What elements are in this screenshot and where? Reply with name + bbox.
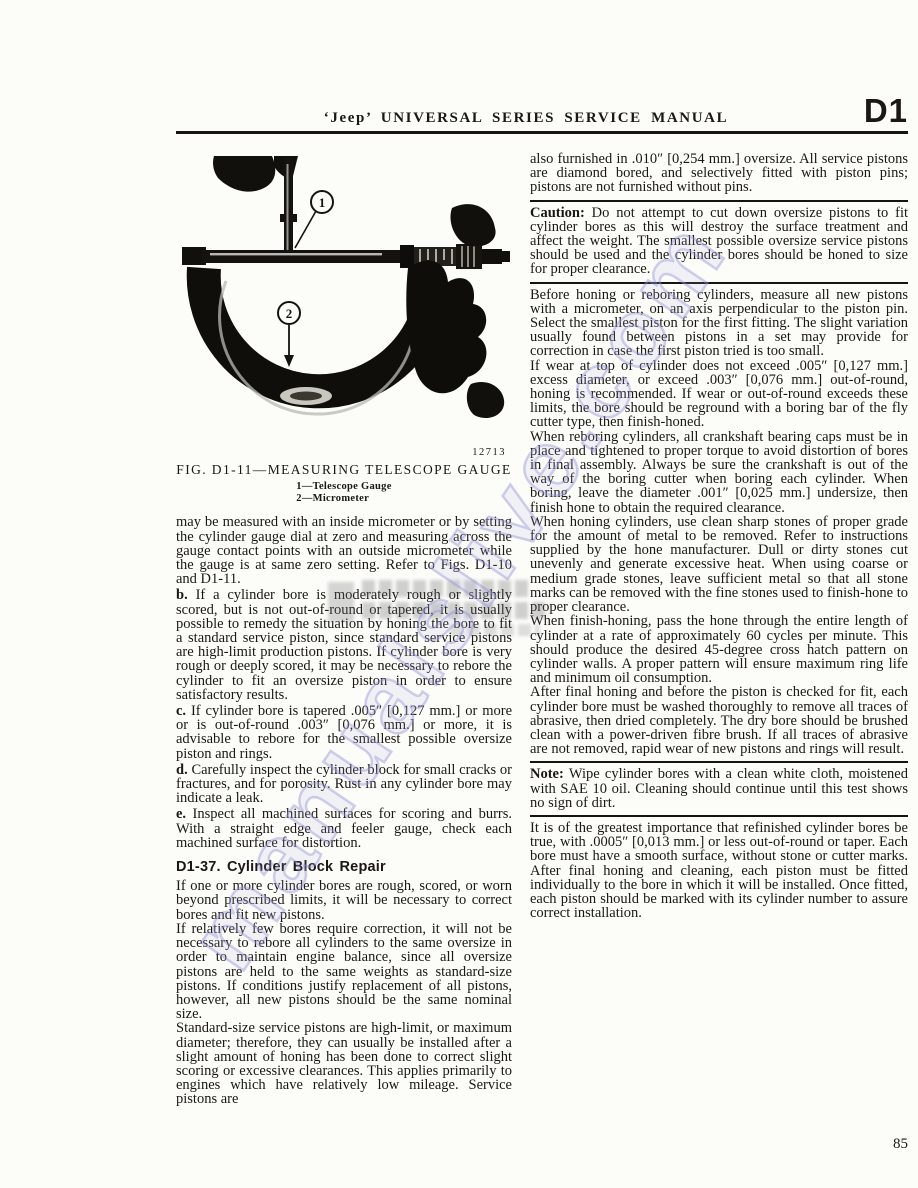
- callout-2-arrowhead: [284, 355, 294, 367]
- left-column: 1: [176, 156, 512, 1107]
- paragraph: Standard-size service pistons are high-l…: [176, 1021, 512, 1106]
- micrometer-thimble: [456, 244, 482, 269]
- micrometer-ratchet: [482, 249, 502, 264]
- paragraph: Before honing or reboring cylinders, mea…: [530, 288, 908, 359]
- paragraph: b. If a cylinder bore is moderately roug…: [176, 588, 512, 702]
- paragraph: When honing cylinders, use clean sharp s…: [530, 515, 908, 614]
- finger-blob-upper: [450, 204, 495, 246]
- figure-caption: FIG. D1-11—MEASURING TELESCOPE GAUGE: [176, 463, 512, 477]
- finger-blob-lower: [467, 382, 504, 418]
- paragraph: e. Inspect all machined surfaces for sco…: [176, 807, 512, 850]
- photo-id: 12713: [176, 446, 512, 460]
- paragraph: After final honing and before the piston…: [530, 685, 908, 756]
- divider-rule: [530, 815, 908, 817]
- micrometer-sleeve: [400, 245, 414, 268]
- divider-rule: [530, 761, 908, 763]
- divider-rule: [530, 282, 908, 284]
- paragraph: If one or more cylinder bores are rough,…: [176, 879, 512, 922]
- paragraph: may be measured with an inside micromete…: [176, 515, 512, 586]
- paragraph: If wear at top of cylinder does not exce…: [530, 359, 908, 430]
- header-rule: [176, 131, 908, 134]
- section-label: D1: [836, 92, 908, 130]
- right-column: also furnished in .010″ [0,254 mm.] over…: [530, 152, 908, 920]
- section-heading-d1-37: D1-37. Cylinder Block Repair: [176, 860, 512, 874]
- callout-2-label: 2: [286, 306, 293, 321]
- figure-legend: 1—Telescope Gauge 2—Micrometer: [176, 481, 512, 505]
- paragraph: It is of the greatest importance that re…: [530, 821, 908, 920]
- divider-rule: [530, 200, 908, 202]
- paragraph: c. If cylinder bore is tapered .005″ [0,…: [176, 704, 512, 761]
- page-number: 85: [840, 1136, 908, 1153]
- legend-item-1: 1—Telescope Gauge: [296, 481, 391, 493]
- paragraph: When reboring cylinders, all crankshaft …: [530, 430, 908, 515]
- hand-blob-top: [213, 156, 275, 192]
- page-title: ‘Jeep’ UNIVERSAL SERIES SERVICE MANUAL: [176, 110, 876, 127]
- hand-blob-right: [406, 260, 486, 393]
- paragraph: If relatively few bores require correcti…: [176, 922, 512, 1021]
- callout-1-label: 1: [319, 195, 326, 210]
- figure-d1-11: 1: [176, 156, 512, 444]
- legend-item-2: 2—Micrometer: [296, 493, 391, 505]
- micrometer-illustration: 1: [176, 156, 512, 444]
- caution-note: Caution: Do not attempt to cut down over…: [530, 206, 908, 277]
- manual-page: ‘Jeep’ UNIVERSAL SERIES SERVICE MANUAL D…: [0, 0, 918, 1188]
- paragraph: also furnished in .010″ [0,254 mm.] over…: [530, 152, 908, 195]
- paragraph: d. Carefully inspect the cylinder block …: [176, 763, 512, 806]
- paragraph: When finish-honing, pass the hone throug…: [530, 614, 908, 685]
- note-block: Note: Wipe cylinder bores with a clean w…: [530, 767, 908, 810]
